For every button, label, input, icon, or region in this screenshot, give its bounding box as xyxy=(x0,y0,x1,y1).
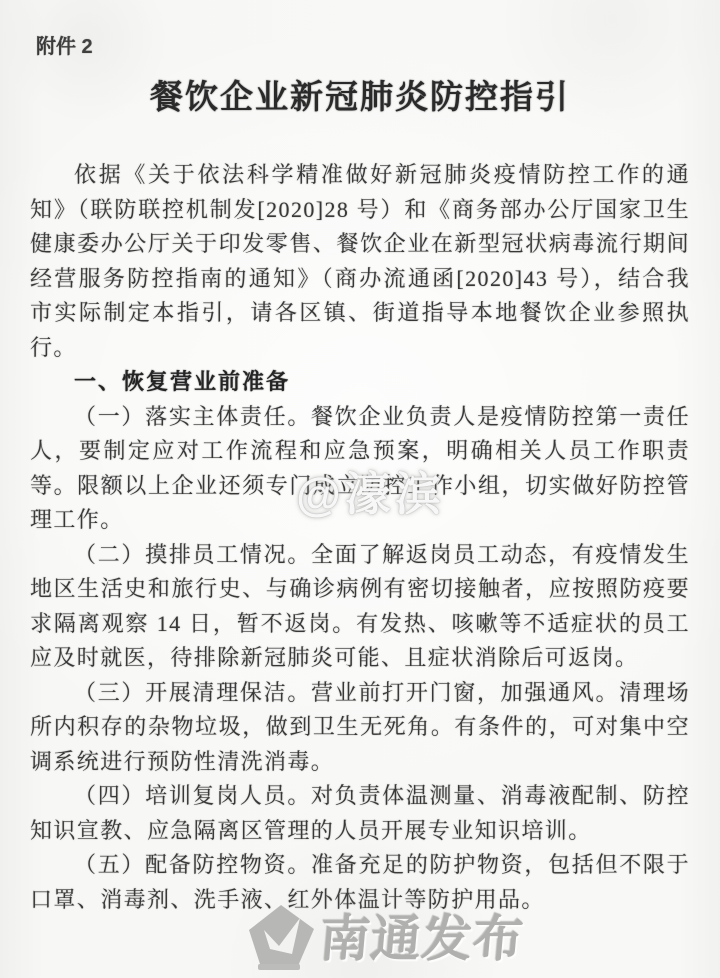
document-title: 餐饮企业新冠肺炎防控指引 xyxy=(0,71,720,118)
paragraph: （四）培训复岗人员。对负责体温测量、消毒液配制、防控知识宣教、应急隔离区管理的人… xyxy=(30,779,690,848)
paragraph: （一）落实主体责任。餐饮企业负责人是疫情防控第一责任人，要制定应对工作流程和应急… xyxy=(30,400,690,538)
paragraph: （二）摸排员工情况。全面了解返岗员工动态，有疫情发生地区生活史和旅行史、与确诊病… xyxy=(30,538,690,676)
section-heading: 一、恢复营业前准备 xyxy=(30,365,690,400)
document-body: 依据《关于依法科学精准做好新冠肺炎疫情防控工作的通知》（联防联控机制发[2020… xyxy=(30,158,690,917)
paragraph: （三）开展清理保洁。营业前打开门窗，加强通风。清理场所内积存的杂物垃圾，做到卫生… xyxy=(30,676,690,780)
attachment-label: 附件 2 xyxy=(36,30,720,59)
publisher-logo-text: 南通发布 xyxy=(318,914,526,964)
paragraph: （五）配备防控物资。准备充足的防护物资，包括但不限于口罩、消毒剂、洗手液、红外体… xyxy=(30,848,690,917)
paragraph: 依据《关于依法科学精准做好新冠肺炎疫情防控工作的通知》（联防联控机制发[2020… xyxy=(30,158,690,365)
scanned-document-page: 附件 2 餐饮企业新冠肺炎防控指引 依据《关于依法科学精准做好新冠肺炎疫情防控工… xyxy=(0,0,720,978)
